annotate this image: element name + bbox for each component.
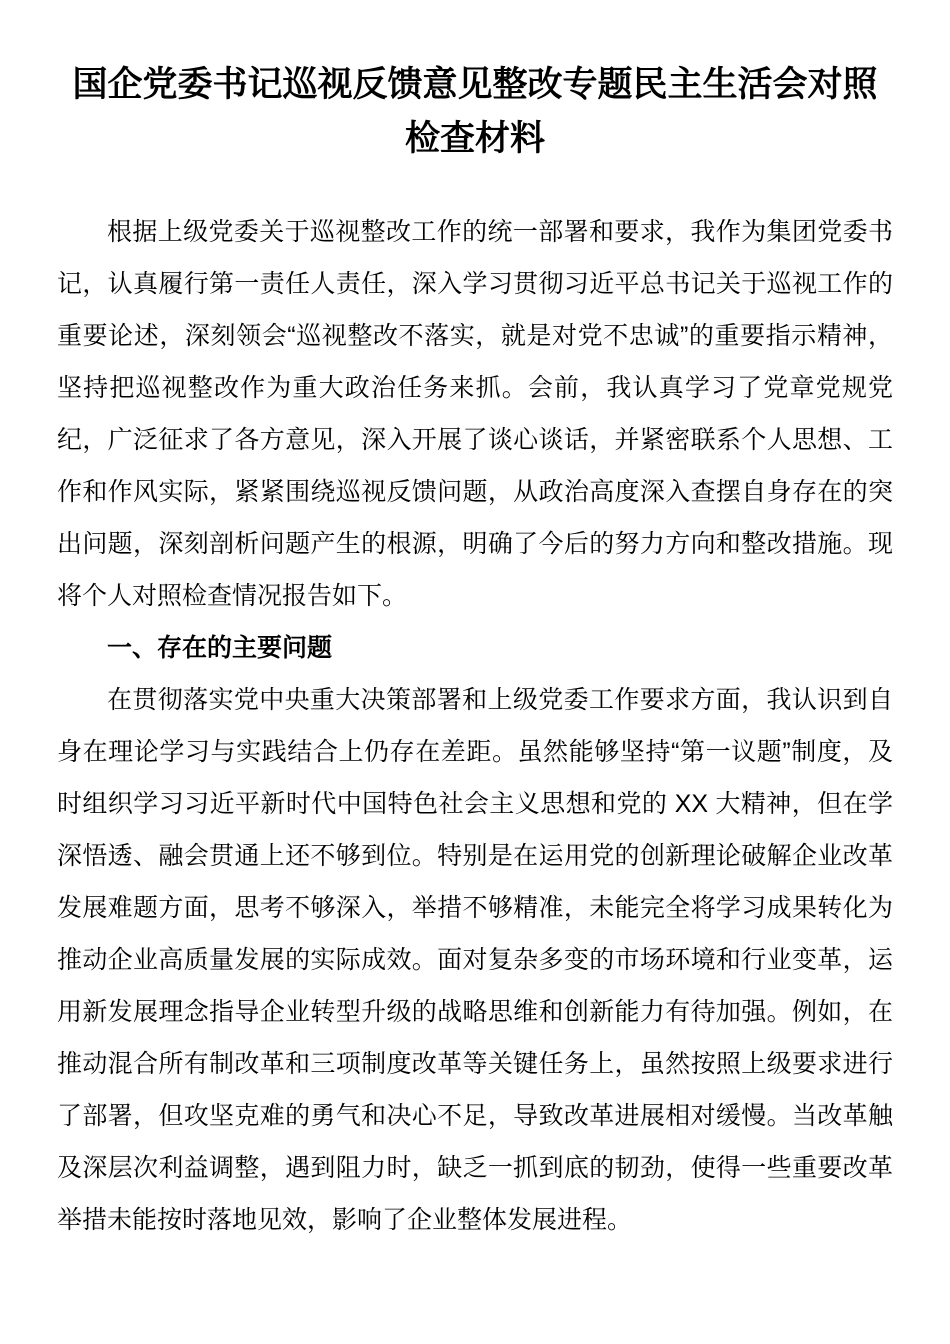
document-title: 国企党委书记巡视反馈意见整改专题民主生活会对照检查材料: [57, 58, 893, 166]
document-page: 国企党委书记巡视反馈意见整改专题民主生活会对照检查材料 根据上级党委关于巡视整改…: [0, 0, 950, 1344]
paragraph-section-body: 在贯彻落实党中央重大决策部署和上级党委工作要求方面，我认识到自身在理论学习与实践…: [57, 674, 893, 1246]
paragraph-intro: 根据上级党委关于巡视整改工作的统一部署和要求，我作为集团党委书记，认真履行第一责…: [57, 206, 893, 622]
section-heading-main-problems: 一、存在的主要问题: [57, 622, 893, 674]
